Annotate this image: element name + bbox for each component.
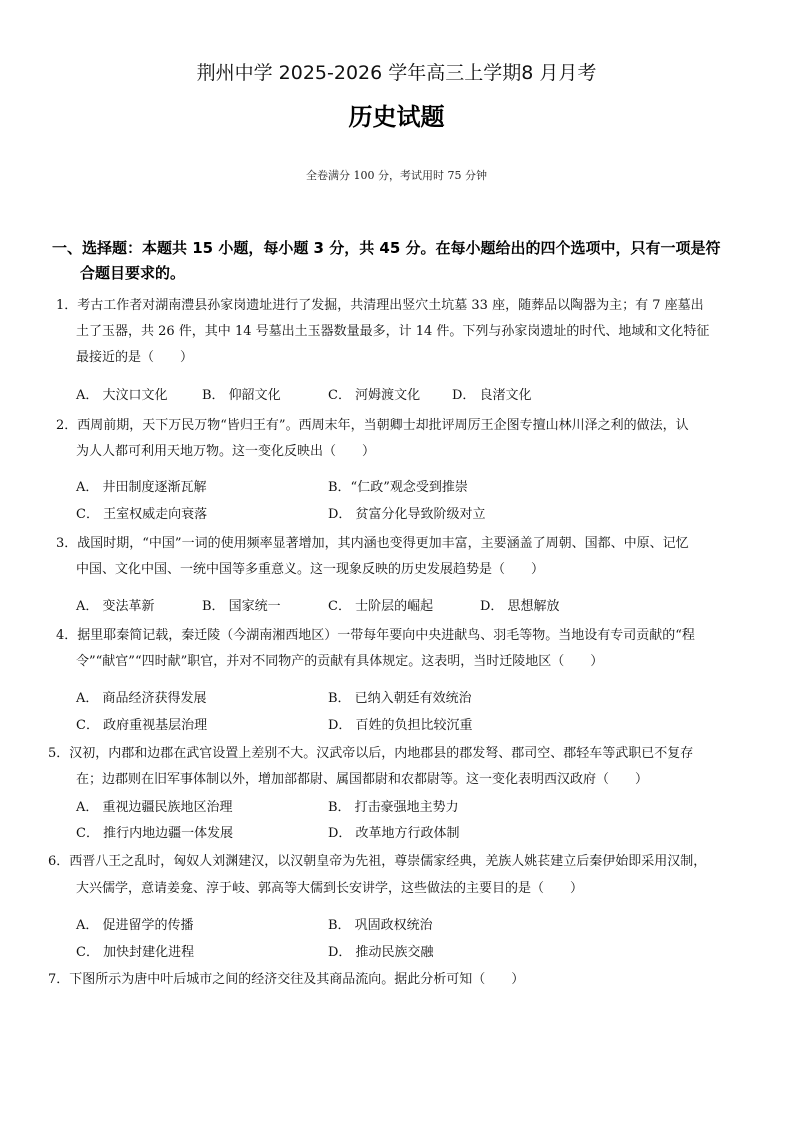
question-text-line: 4．据里耶秦简记载，秦迁陵（今湖南湘西地区）一带每年要向中央进献鸟、羽毛等物。当… xyxy=(56,624,695,643)
option-a[interactable]: A． 促进留学的传播 xyxy=(76,914,194,933)
question-text-line: 为人人都可利用天地万物。这一变化反映出（ ） xyxy=(76,440,375,459)
option-b[interactable]: B． 已纳入朝廷有效统治 xyxy=(328,687,472,706)
exam-page: 荆州中学 2025-2026 学年高三上学期8 月月考 历史试题 全卷满分 10… xyxy=(0,0,793,1122)
question-text-line: 大兴儒学，意请姜龛、淳于岐、郭高等大儒到长安讲学，这些做法的主要目的是（ ） xyxy=(76,877,583,896)
question-text-line: 7．下图所示为唐中叶后城市之间的经济交往及其商品流向。据此分析可知（ ） xyxy=(48,968,524,987)
question-text-line: 最接近的是（ ） xyxy=(76,346,193,365)
option-b[interactable]: B．“仁政”观念受到推崇 xyxy=(328,476,468,495)
option-a[interactable]: A． 重视边疆民族地区治理 xyxy=(76,796,233,815)
option-b[interactable]: B． 打击豪强地主势力 xyxy=(328,796,459,815)
option-c[interactable]: C． 政府重视基层治理 xyxy=(76,714,207,733)
section-heading-line2: 合题目要求的。 xyxy=(80,262,185,283)
option-c[interactable]: C． 加快封建化进程 xyxy=(76,941,194,960)
subject-title: 历史试题 xyxy=(0,97,793,132)
option-c[interactable]: C． 王室权威走向衰落 xyxy=(76,503,207,522)
option-d[interactable]: D． 思想解放 xyxy=(480,595,560,614)
option-a[interactable]: A． 变法革新 xyxy=(76,595,155,614)
question-text-line: 中国、文化中国、一统中国等多重意义。这一现象反映的历史发展趋势是（ ） xyxy=(76,558,544,577)
question-text-line: 土了玉器，共 26 件，其中 14 号墓出土玉器数量最多，计 14 件。下列与孙… xyxy=(76,320,709,339)
exam-title: 荆州中学 2025-2026 学年高三上学期8 月月考 xyxy=(0,58,793,85)
option-d[interactable]: D． 贫富分化导致阶级对立 xyxy=(328,503,486,522)
question-text-line: 5．汉初，内郡和边郡在武官设置上差别不大。汉武帝以后，内地郡县的郡发弩、郡司空、… xyxy=(48,742,693,761)
option-c[interactable]: C． 推行内地边疆一体发展 xyxy=(76,822,233,841)
option-c[interactable]: C． 士阶层的崛起 xyxy=(328,595,433,614)
question-text-line: 令”“献官”“四时献”职官，并对不同物产的贡献有具体规定。这表明，当时迁陵地区（… xyxy=(76,650,603,669)
section-heading-line1: 一、选择题：本题共 15 小题，每小题 3 分，共 45 分。在每小题给出的四个… xyxy=(52,237,721,258)
option-b[interactable]: B． 国家统一 xyxy=(202,595,281,614)
option-b[interactable]: B． 仰韶文化 xyxy=(202,384,281,403)
option-a[interactable]: A． 商品经济获得发展 xyxy=(76,687,207,706)
question-text-line: 2．西周前期，天下万民万物“皆归王有”。西周末年，当朝卿士却批评周厉王企图专擅山… xyxy=(56,414,689,433)
option-d[interactable]: D． 百姓的负担比较沉重 xyxy=(328,714,473,733)
option-b[interactable]: B． 巩固政权统治 xyxy=(328,914,433,933)
option-a[interactable]: A． 大汶口文化 xyxy=(76,384,168,403)
option-d[interactable]: D． 良渚文化 xyxy=(452,384,532,403)
option-d[interactable]: D． 改革地方行政体制 xyxy=(328,822,460,841)
question-text-line: 1．考古工作者对湖南澧县孙家岗遗址进行了发掘，共清理出竖穴土坑墓 33 座，随葬… xyxy=(56,294,704,313)
question-text-line: 3．战国时期，“中国”一词的使用频率显著增加，其内涵也变得更加丰富，主要涵盖了周… xyxy=(56,532,689,551)
option-d[interactable]: D． 推动民族交融 xyxy=(328,941,434,960)
option-c[interactable]: C． 河姆渡文化 xyxy=(328,384,420,403)
question-text-line: 在；边郡则在旧军事体制以外，增加部都尉、属国都尉和农都尉等。这一变化表明西汉政府… xyxy=(76,768,648,787)
option-a[interactable]: A． 井田制度逐渐瓦解 xyxy=(76,476,207,495)
question-text-line: 6．西晋八王之乱时，匈奴人刘渊建汉，以汉朝皇帝为先祖，尊崇儒家经典，羌族人姚苌建… xyxy=(48,850,706,869)
exam-info: 全卷满分 100 分，考试用时 75 分钟 xyxy=(0,167,793,183)
